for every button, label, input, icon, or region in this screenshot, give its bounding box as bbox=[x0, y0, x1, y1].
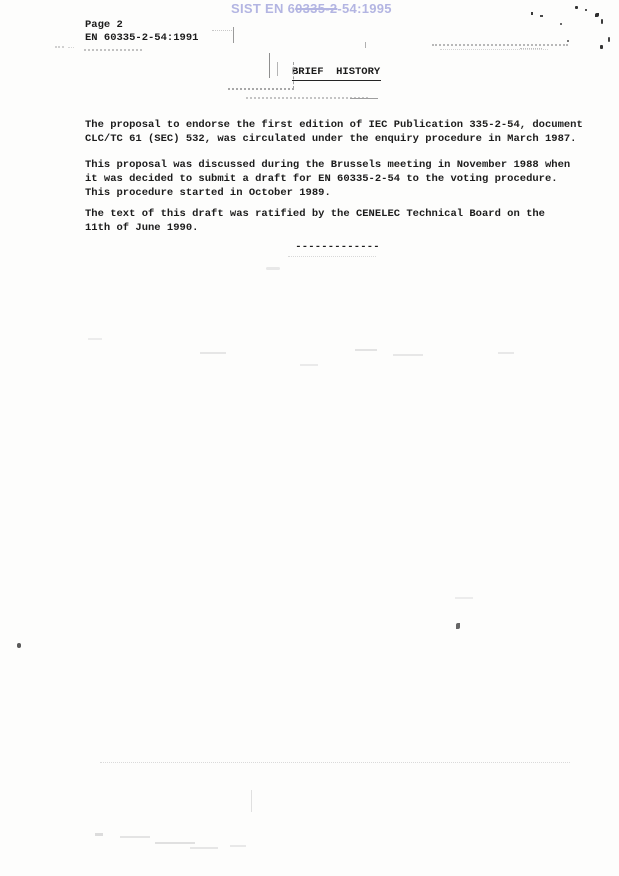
watermark-struck-segment: 0335-2 bbox=[295, 1, 337, 16]
scan-artifact bbox=[288, 256, 376, 257]
scan-artifact bbox=[608, 37, 610, 42]
scan-artifact bbox=[560, 23, 562, 25]
scan-artifact bbox=[456, 623, 460, 629]
paragraph-ratified: The text of this draft was ratified by t… bbox=[85, 207, 590, 235]
scan-artifact bbox=[567, 40, 569, 42]
scan-artifact bbox=[293, 62, 294, 89]
scan-artifact bbox=[230, 845, 246, 847]
document-title: BRIEF HISTORY bbox=[292, 66, 381, 81]
scan-artifact bbox=[455, 597, 473, 599]
page-header: Page 2 EN 60335-2-54:1991 bbox=[85, 19, 198, 45]
scan-artifact bbox=[88, 338, 102, 340]
scan-artifact bbox=[440, 49, 548, 50]
scan-artifact bbox=[277, 62, 278, 76]
scan-artifact bbox=[585, 9, 587, 11]
scan-artifact bbox=[233, 27, 234, 43]
scan-artifact bbox=[100, 762, 570, 763]
scan-artifact bbox=[190, 847, 218, 849]
watermark-suffix: -54:1995 bbox=[337, 1, 391, 16]
watermark-prefix: SIST EN 6 bbox=[231, 1, 295, 16]
scan-artifact bbox=[432, 44, 568, 46]
dashed-separator: ------------- bbox=[85, 240, 590, 254]
scan-artifact bbox=[601, 19, 603, 24]
scan-artifact bbox=[365, 42, 366, 48]
scan-artifact bbox=[266, 267, 280, 270]
scan-artifact bbox=[393, 354, 423, 356]
scan-artifact bbox=[55, 46, 64, 48]
scan-artifact bbox=[595, 13, 599, 17]
scan-artifact bbox=[155, 842, 195, 844]
page-number-label: Page 2 bbox=[85, 19, 123, 31]
scan-artifact bbox=[212, 30, 234, 31]
scan-artifact bbox=[95, 833, 103, 836]
paragraph-proposal-endorse: The proposal to endorse the first editio… bbox=[85, 118, 590, 146]
scan-artifact bbox=[300, 364, 318, 366]
scan-artifact bbox=[498, 352, 514, 354]
scan-artifact bbox=[575, 6, 578, 9]
scan-artifact bbox=[540, 15, 543, 17]
scan-artifact bbox=[350, 98, 378, 99]
scan-artifact bbox=[520, 48, 542, 49]
scan-artifact bbox=[269, 53, 270, 78]
scan-artifact bbox=[355, 349, 377, 351]
scan-artifact bbox=[84, 49, 142, 51]
scan-artifact bbox=[17, 643, 21, 648]
scan-artifact bbox=[68, 47, 74, 48]
scan-artifact bbox=[251, 790, 252, 812]
scan-artifact bbox=[600, 45, 603, 49]
paragraph-brussels-meeting: This proposal was discussed during the B… bbox=[85, 158, 590, 200]
scan-artifact bbox=[531, 12, 533, 15]
scan-artifact bbox=[200, 352, 226, 354]
scan-artifact bbox=[120, 836, 150, 838]
scan-artifact bbox=[228, 88, 294, 90]
standard-reference: EN 60335-2-54:1991 bbox=[85, 32, 198, 44]
scanned-document-page: SIST EN 60335-2-54:1995 Page 2 EN 60335-… bbox=[0, 0, 619, 876]
watermark-standard-designation: SIST EN 60335-2-54:1995 bbox=[231, 1, 392, 16]
